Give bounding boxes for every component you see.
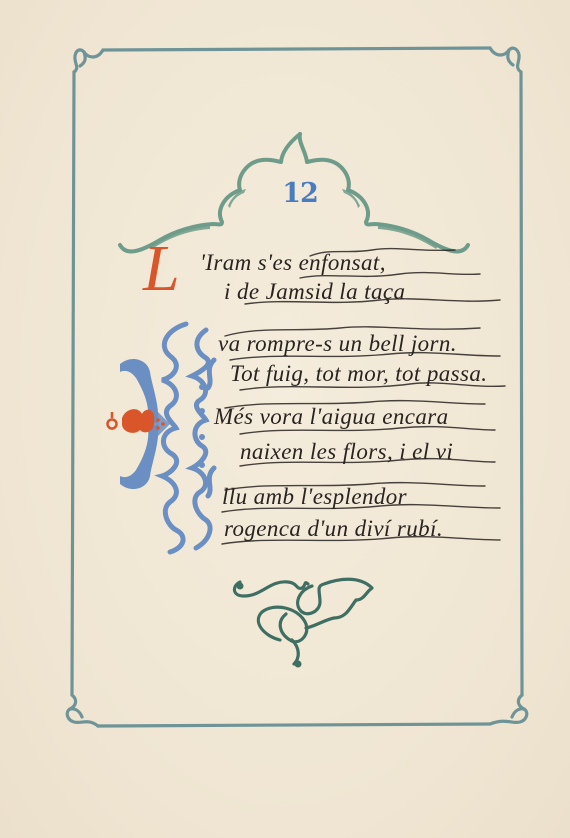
calligraphic-flourish — [0, 0, 570, 838]
book-page: 12 L 'Iram s'es enfonsat, i de Jamsid la… — [0, 0, 570, 838]
